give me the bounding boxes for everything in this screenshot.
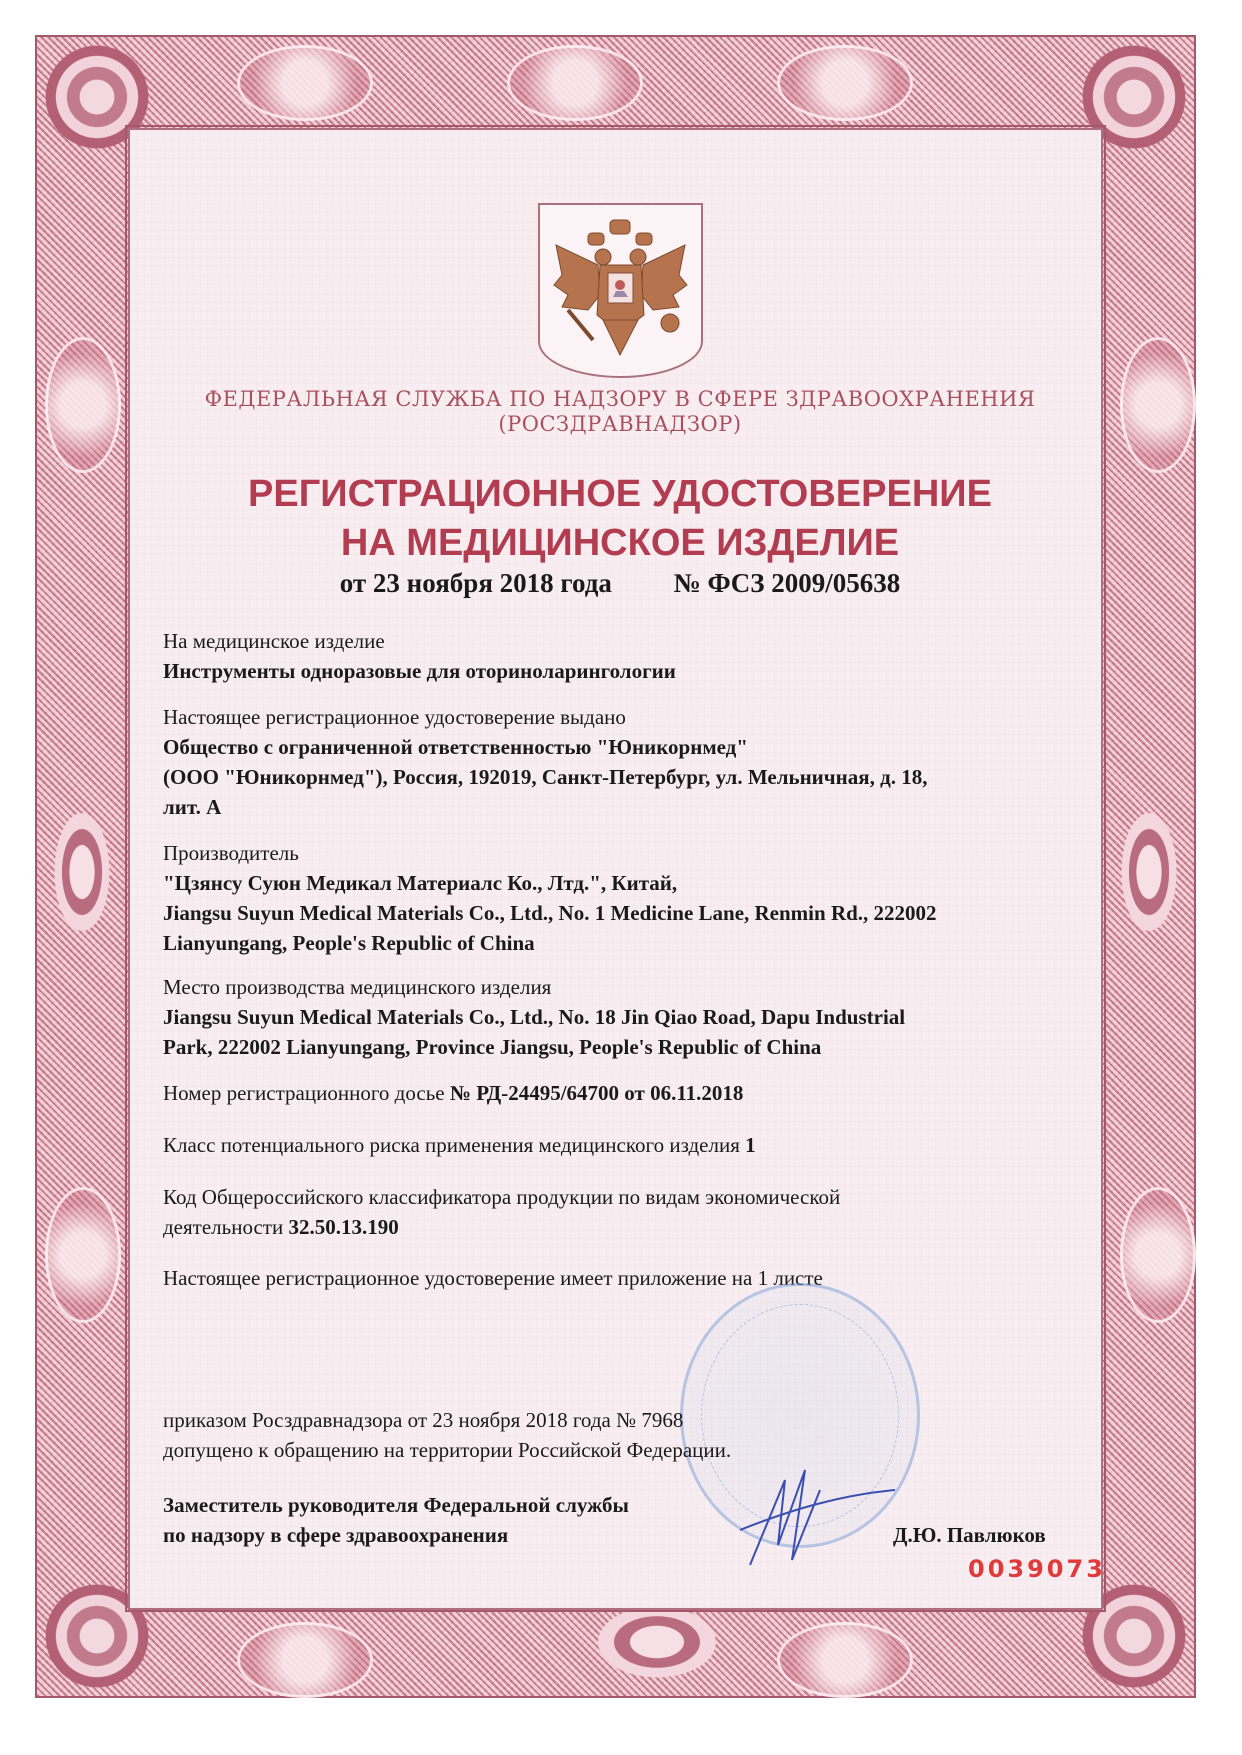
manufacturer-label: Производитель <box>163 838 1083 868</box>
border-ornament <box>777 45 913 121</box>
issued-to-section: Настоящее регистрационное удостоверение … <box>163 702 1083 822</box>
certificate-title-line2: НА МЕДИЦИНСКОЕ ИЗДЕЛИЕ <box>140 518 1100 568</box>
device-name: Инструменты одноразовые для оториноларин… <box>163 656 1083 686</box>
okpd-label: Код Общероссийского классификатора проду… <box>163 1182 1083 1212</box>
manufacturer-line: "Цзянсу Суюн Медикал Материалс Ко., Лтд.… <box>163 868 1083 898</box>
okpd-section: Код Общероссийского классификатора проду… <box>163 1182 1083 1242</box>
certificate-number: № ФСЗ 2009/05638 <box>674 568 901 598</box>
manufacturer-section: Производитель "Цзянсу Суюн Медикал Матер… <box>163 838 1083 958</box>
issued-to-line: (ООО "Юникорнмед"), Россия, 192019, Санк… <box>163 762 1083 792</box>
side-ornament <box>1114 797 1184 947</box>
certificate-title-line1: РЕГИСТРАЦИОННОЕ УДОСТОВЕРЕНИЕ <box>140 469 1100 519</box>
risk-class-value: 1 <box>745 1133 756 1157</box>
date-number-line: от 23 ноября 2018 года № ФСЗ 2009/05638 <box>140 568 1100 599</box>
agency-name: ФЕДЕРАЛЬНАЯ СЛУЖБА ПО НАДЗОРУ В СФЕРЕ ЗД… <box>140 387 1100 411</box>
border-ornament <box>45 337 121 473</box>
dossier-label: Номер регистрационного досье <box>163 1081 450 1105</box>
production-site-label: Место производства медицинского изделия <box>163 972 1083 1002</box>
order-line: допущено к обращению на территории Росси… <box>163 1435 1083 1465</box>
border-ornament <box>1120 1187 1196 1323</box>
issued-to-label: Настоящее регистрационное удостоверение … <box>163 702 1083 732</box>
agency-abbreviation: (РОСЗДРАВНАДЗОР) <box>140 412 1100 436</box>
border-ornament <box>45 1187 121 1323</box>
okpd-code: 32.50.13.190 <box>288 1215 398 1239</box>
risk-class-section: Класс потенциального риска применения ме… <box>163 1130 1083 1160</box>
risk-class-label: Класс потенциального риска применения ме… <box>163 1133 745 1157</box>
serial-number: 0039073 <box>968 1555 1106 1583</box>
issue-date: от 23 ноября 2018 года <box>340 568 612 598</box>
production-site-section: Место производства медицинского изделия … <box>163 972 1083 1062</box>
side-ornament <box>47 797 117 947</box>
border-ornament <box>1120 337 1196 473</box>
device-label: На медицинское изделие <box>163 626 1083 656</box>
manufacturer-line: Lianyungang, People's Republic of China <box>163 928 1083 958</box>
okpd-label-cont: деятельности <box>163 1215 288 1239</box>
border-ornament <box>507 45 643 121</box>
signatory-position: Заместитель руководителя Федеральной слу… <box>163 1490 1083 1520</box>
signatory-name: Д.Ю. Павлюков <box>893 1523 1046 1547</box>
manufacturer-line: Jiangsu Suyun Medical Materials Co., Ltd… <box>163 898 1083 928</box>
appendix-note: Настоящее регистрационное удостоверение … <box>163 1263 1083 1293</box>
signatory-name-wrap: Д.Ю. Павлюков <box>893 1520 1093 1550</box>
order-line: приказом Росздравнадзора от 23 ноября 20… <box>163 1405 1083 1435</box>
issued-to-line: Общество с ограниченной ответственностью… <box>163 732 1083 762</box>
border-ornament <box>777 1622 913 1698</box>
dossier-number: № РД-24495/64700 от 06.11.2018 <box>450 1081 744 1105</box>
dossier-section: Номер регистрационного досье № РД-24495/… <box>163 1078 1083 1108</box>
production-site-line: Jiangsu Suyun Medical Materials Co., Ltd… <box>163 1002 1083 1032</box>
issued-to-line: лит. А <box>163 792 1083 822</box>
device-section: На медицинское изделие Инструменты однор… <box>163 626 1083 686</box>
signature-icon <box>730 1450 900 1570</box>
border-ornament <box>237 45 373 121</box>
border-ornament <box>237 1622 373 1698</box>
production-site-line: Park, 222002 Lianyungang, Province Jiang… <box>163 1032 1083 1062</box>
coat-of-arms-icon <box>538 203 703 378</box>
order-section: приказом Росздравнадзора от 23 ноября 20… <box>163 1405 1083 1465</box>
